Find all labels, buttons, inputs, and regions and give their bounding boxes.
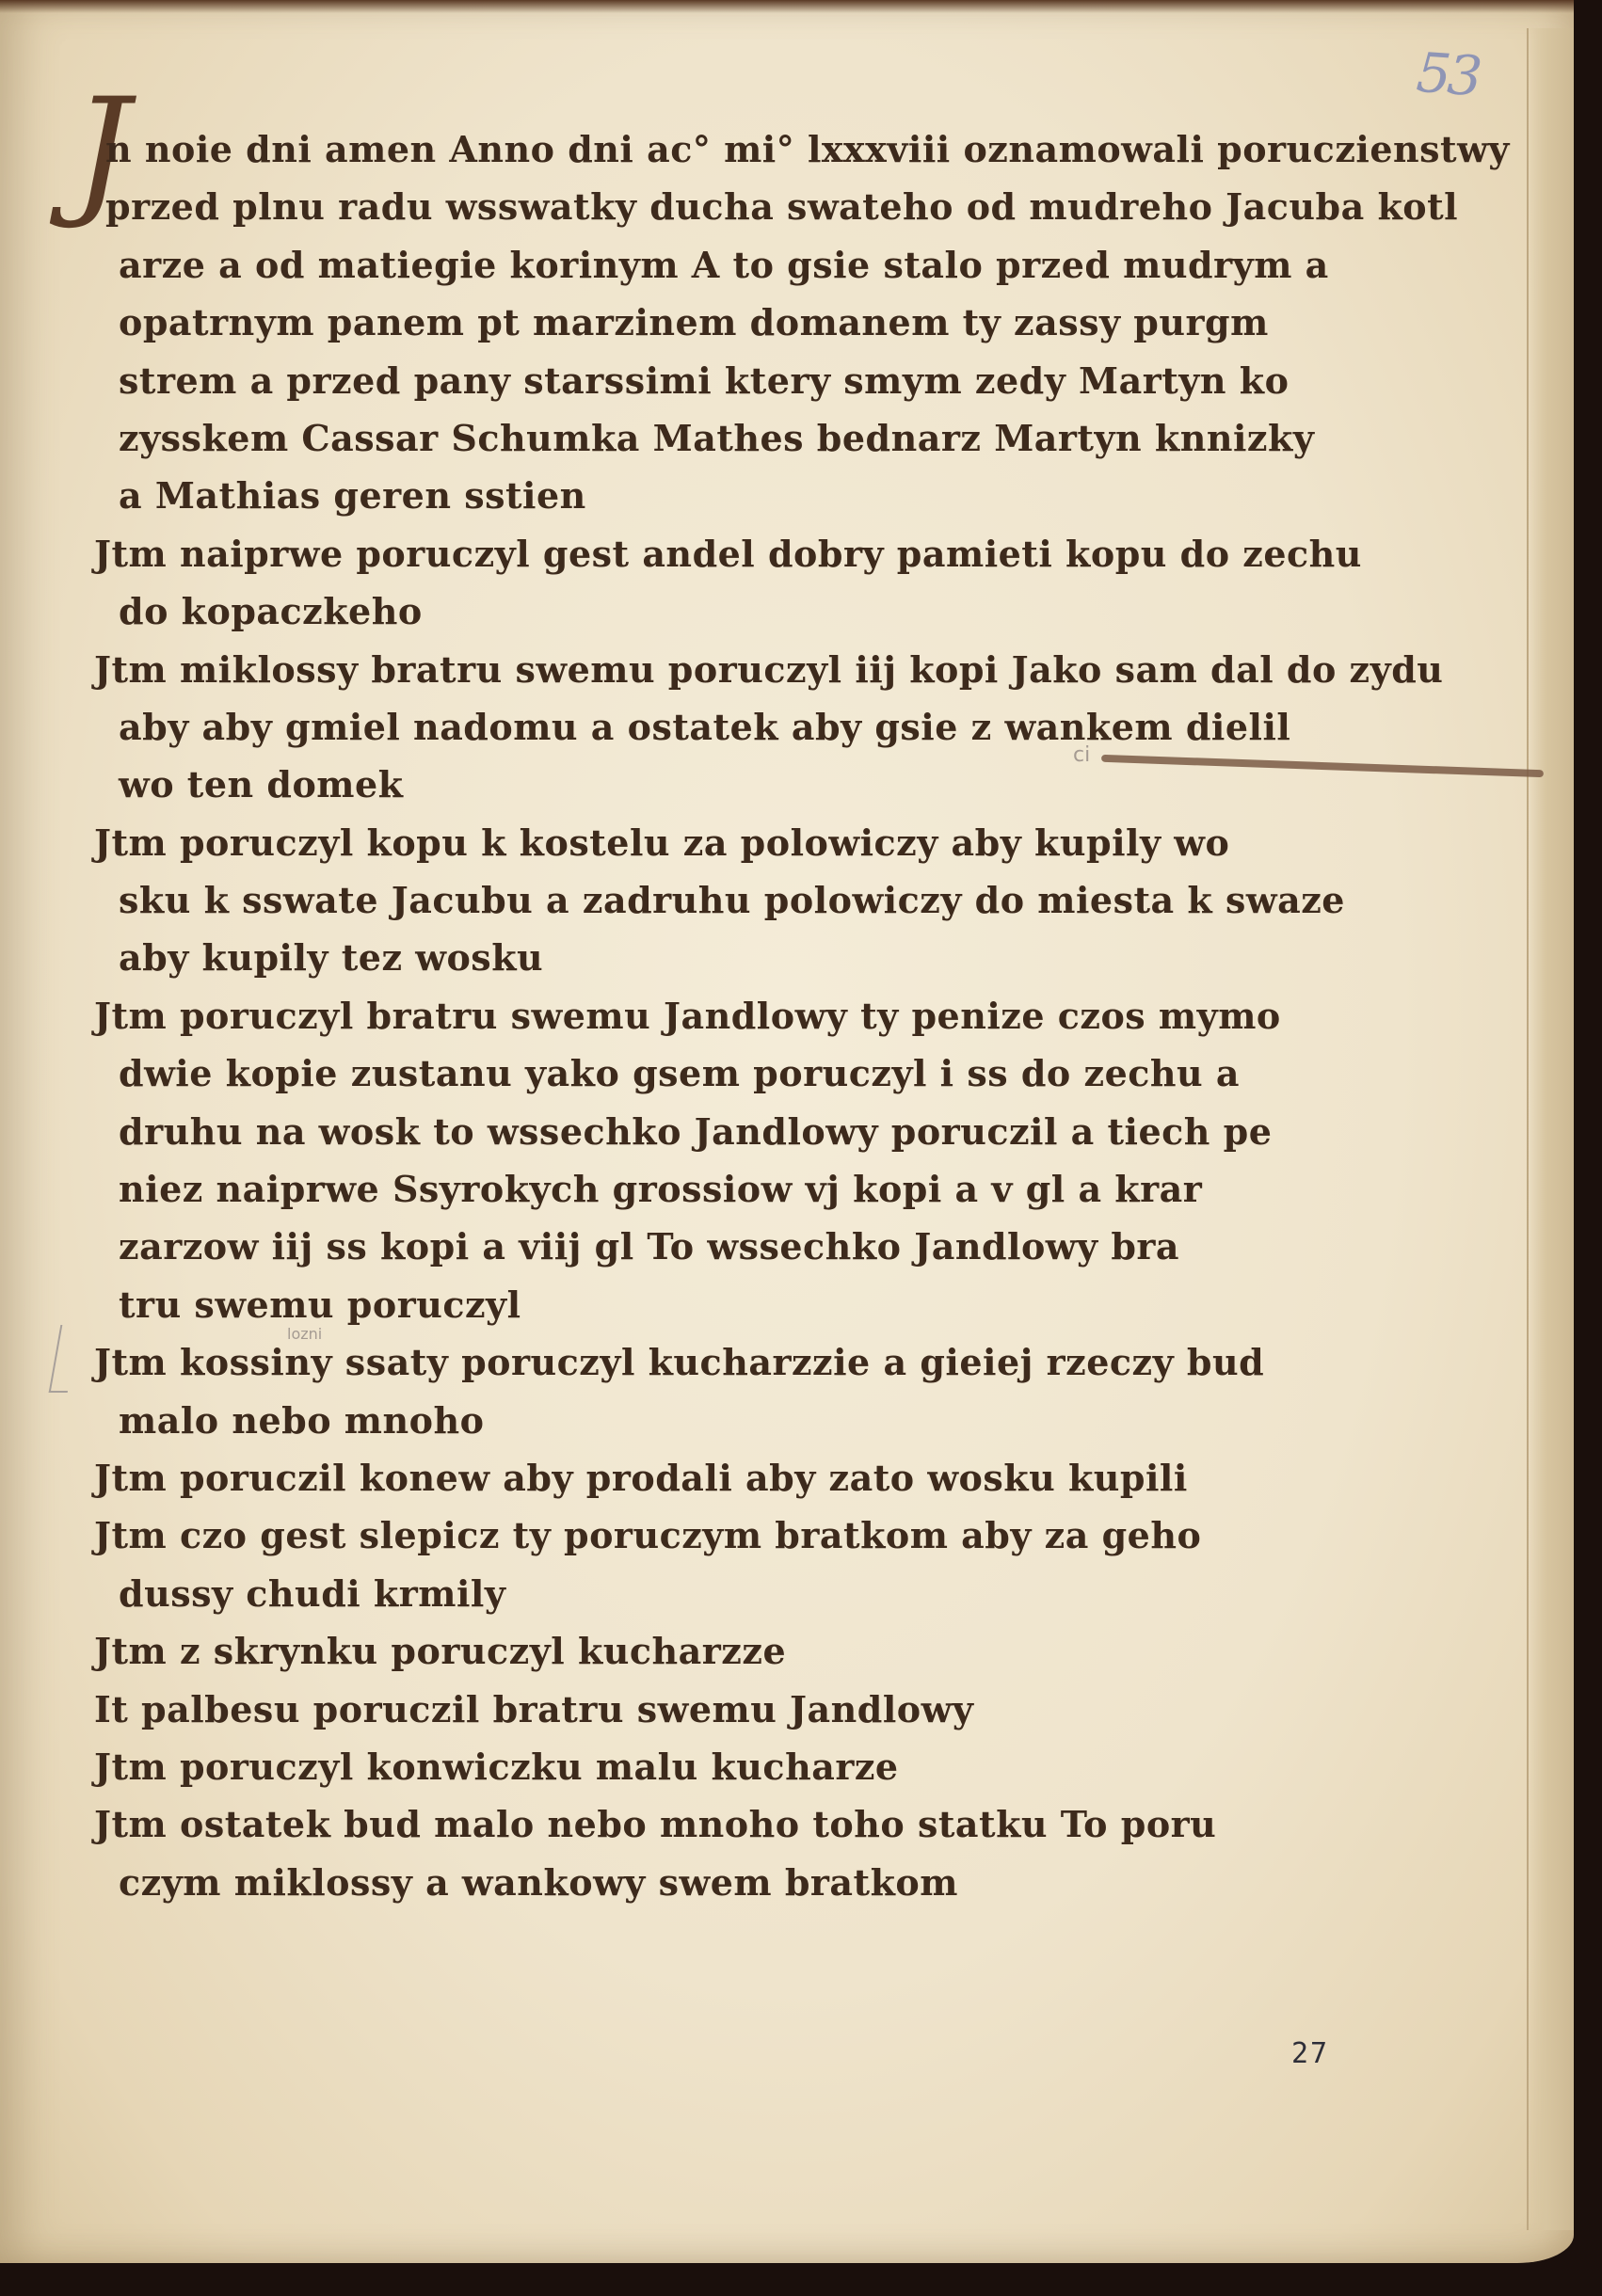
text-line: wo ten domek xyxy=(94,756,1562,813)
text-line: Jtm miklossy bratru swemu poruczyl iij k… xyxy=(94,641,1562,698)
page-stamp-number: 27 xyxy=(1291,2037,1329,2070)
text-line: druhu na wosk to wssechko Jandlowy poruc… xyxy=(94,1103,1562,1160)
manuscript-text: n noie dni amen Anno dni ac° mi° lxxxvii… xyxy=(94,120,1562,1911)
text-line: Jtm czo gest slepicz ty poruczym bratkom… xyxy=(94,1507,1562,1564)
binding-shadow xyxy=(0,0,1574,13)
folio-number: 53 xyxy=(1415,40,1481,108)
manuscript-page: 53 J ci lozni n noie dni amen Anno dni a… xyxy=(0,0,1574,2263)
text-line: Jtm poruczyl kopu k kostelu za polowiczy… xyxy=(94,814,1562,871)
text-line: Jtm poruczyl bratru swemu Jandlowy ty pe… xyxy=(94,987,1562,1044)
text-line: n noie dni amen Anno dni ac° mi° lxxxvii… xyxy=(94,120,1562,178)
text-line: tru swemu poruczyl xyxy=(94,1276,1562,1333)
text-line: Jtm poruczyl konwiczku malu kucharze xyxy=(94,1738,1562,1795)
text-line: czym miklossy a wankowy swem bratkom xyxy=(94,1854,1562,1911)
text-line: do kopaczkeho xyxy=(94,582,1562,640)
text-line: przed plnu radu wsswatky ducha swateho o… xyxy=(94,178,1562,235)
text-line: Jtm ostatek bud malo nebo mnoho toho sta… xyxy=(94,1795,1562,1853)
text-line: zarzow iij ss kopi a viij gl To wssechko… xyxy=(94,1218,1562,1275)
text-line: zysskem Cassar Schumka Mathes bednarz Ma… xyxy=(94,409,1562,467)
text-line: Jtm naiprwe poruczyl gest andel dobry pa… xyxy=(94,525,1562,582)
text-line: dussy chudi krmily xyxy=(94,1565,1562,1622)
text-line: Jtm z skrynku poruczyl kucharzze xyxy=(94,1622,1562,1680)
text-line: arze a od matiegie korinym A to gsie sta… xyxy=(94,236,1562,294)
text-line: dwie kopie zustanu yako gsem poruczyl i … xyxy=(94,1044,1562,1102)
text-line: opatrnym panem pt marzinem domanem ty za… xyxy=(94,294,1562,351)
text-line: aby kupily tez wosku xyxy=(94,929,1562,986)
text-line: niez naiprwe Ssyrokych grossiow vj kopi … xyxy=(94,1160,1562,1218)
text-line: strem a przed pany starssimi ktery smym … xyxy=(94,352,1562,409)
text-line: malo nebo mnoho xyxy=(94,1392,1562,1449)
margin-bracket xyxy=(49,1325,80,1393)
text-line: Jtm kossiny ssaty poruczyl kucharzzie a … xyxy=(94,1333,1562,1391)
text-line: a Mathias geren sstien xyxy=(94,467,1562,524)
text-line: sku k sswate Jacubu a zadruhu polowiczy … xyxy=(94,871,1562,929)
text-line: It palbesu poruczil bratru swemu Jandlow… xyxy=(94,1681,1562,1738)
text-line: Jtm poruczil konew aby prodali aby zato … xyxy=(94,1449,1562,1507)
text-line: aby aby gmiel nadomu a ostatek aby gsie … xyxy=(94,698,1562,756)
